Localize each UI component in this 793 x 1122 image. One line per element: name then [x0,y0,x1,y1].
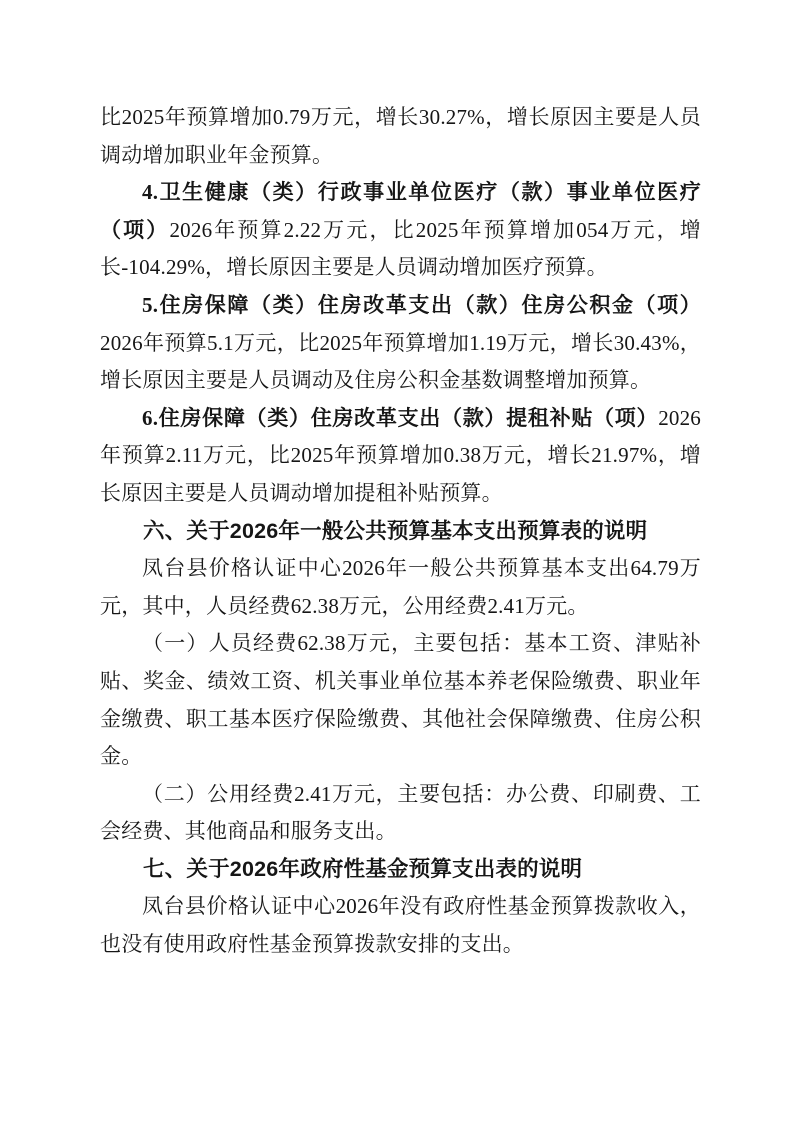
paragraph-text: 2026年预算2.22万元，比2025年预算增加054万元，增长-104.29%… [100,218,701,280]
paragraph-text: （一）人员经费62.38万元，主要包括：基本工资、津贴补贴、奖金、绩效工资、机关… [100,631,701,768]
paragraph-text: 凤台县价格认证中心2026年没有政府性基金预算拨款收入，也没有使用政府性基金预算… [100,894,701,956]
document-text-block: 比2025年预算增加0.79万元，增长30.27%，增长原因主要是人员调动增加职… [100,99,701,964]
para-continuation-pension: 比2025年预算增加0.79万元，增长30.27%，增长原因主要是人员调动增加职… [100,99,701,174]
paragraph-text: 2026年预算5.1万元，比2025年预算增加1.19万元，增长30.43%，增… [100,331,701,393]
heading-section7-gov-fund: 七、关于2026年政府性基金预算支出表的说明 [100,851,701,889]
para-gov-fund-statement: 凤台县价格认证中心2026年没有政府性基金预算拨款收入，也没有使用政府性基金预算… [100,888,701,963]
para-public-expense-detail: （二）公用经费2.41万元，主要包括：办公费、印刷费、工会经费、其他商品和服务支… [100,776,701,851]
heading-text: 六、关于2026年一般公共预算基本支出预算表的说明 [143,519,647,543]
paragraph-text: 凤台县价格认证中心2026年一般公共预算基本支出64.79万元，其中，人员经费6… [100,556,701,618]
paragraph-bold-lead: 5.住房保障（类）住房改革支出（款）住房公积金（项） [142,293,701,317]
para-item4-health-insurance: 4.卫生健康（类）行政事业单位医疗（款）事业单位医疗（项）2026年预算2.22… [100,174,701,287]
para-item6-rent-subsidy: 6.住房保障（类）住房改革支出（款）提租补贴（项）2026年预算2.11万元，比… [100,400,701,513]
para-personnel-expense-detail: （一）人员经费62.38万元，主要包括：基本工资、津贴补贴、奖金、绩效工资、机关… [100,625,701,775]
heading-section6-basic-expenditure: 六、关于2026年一般公共预算基本支出预算表的说明 [100,513,701,551]
paragraph-text: （二）公用经费2.41万元，主要包括：办公费、印刷费、工会经费、其他商品和服务支… [100,782,701,844]
document-page: 比2025年预算增加0.79万元，增长30.27%，增长原因主要是人员调动增加职… [0,0,793,1122]
para-basic-expenditure-total: 凤台县价格认证中心2026年一般公共预算基本支出64.79万元，其中，人员经费6… [100,550,701,625]
paragraph-bold-lead: 6.住房保障（类）住房改革支出（款）提租补贴（项） [142,406,658,430]
paragraph-text: 比2025年预算增加0.79万元，增长30.27%，增长原因主要是人员调动增加职… [100,105,701,167]
para-item5-housing-fund: 5.住房保障（类）住房改革支出（款）住房公积金（项）2026年预算5.1万元，比… [100,287,701,400]
heading-text: 七、关于2026年政府性基金预算支出表的说明 [143,857,582,881]
